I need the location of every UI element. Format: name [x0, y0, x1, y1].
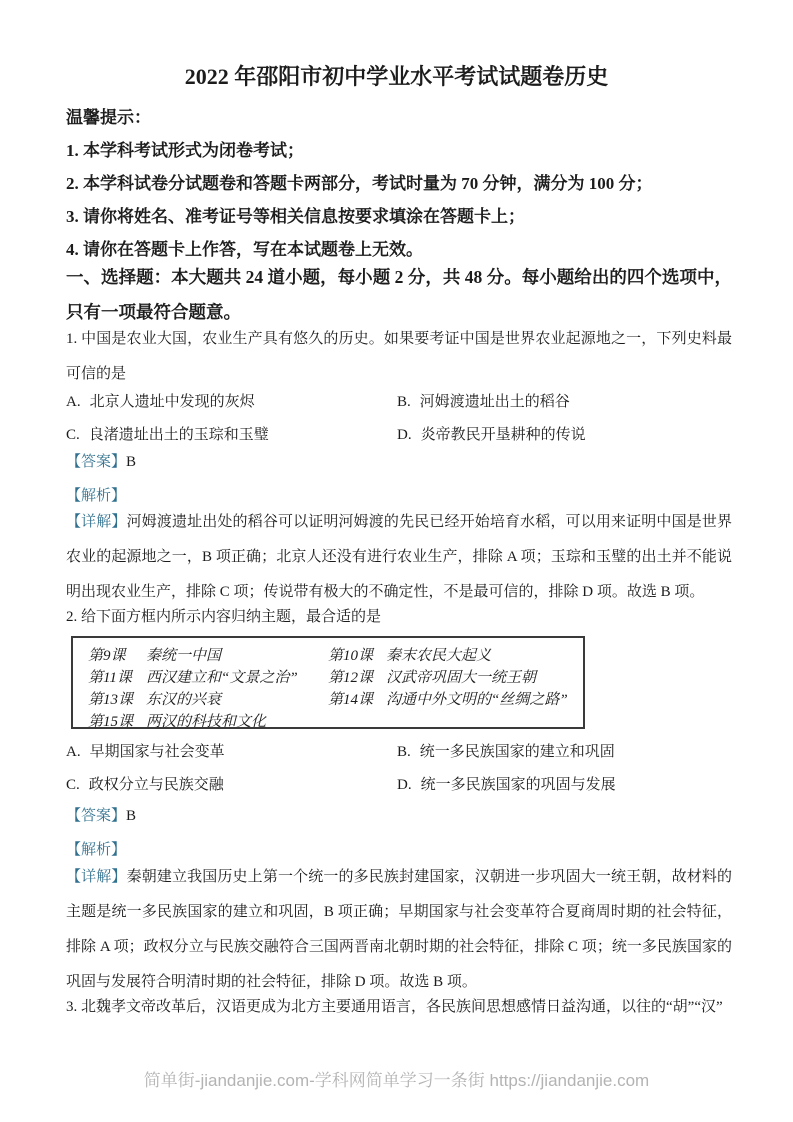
- detail-text: 河姆渡遗址出处的稻谷可以证明河姆渡的先民已经开始培育水稻，可以用来证明中国是世界…: [66, 514, 732, 600]
- option-text: 河姆渡遗址出土的稻谷: [420, 394, 570, 410]
- option-text: 北京人遗址中发现的灰烬: [90, 394, 255, 410]
- question-1-option-c: C.良渚遗址出土的玉琮和玉璧: [66, 425, 397, 445]
- option-text: 统一多民族国家的巩固与发展: [421, 777, 616, 793]
- question-3-stem: 3. 北魏孝文帝改革后，汉语更成为北方主要通用语言，各民族间思想感情日益沟通，以…: [66, 990, 732, 1025]
- lesson-cell: [328, 711, 573, 733]
- option-label: C.: [66, 427, 80, 443]
- analysis-label: 【解析】: [66, 842, 126, 858]
- page-title: 2022 年邵阳市初中学业水平考试试题卷历史: [0, 60, 793, 91]
- option-label: D.: [397, 777, 412, 793]
- lesson-cell: 第13课东汉的兴衰: [88, 689, 328, 711]
- lesson-title: 秦末农民大起义: [386, 645, 491, 667]
- exam-paper-page: 2022 年邵阳市初中学业水平考试试题卷历史 温馨提示： 1. 本学科考试形式为…: [0, 0, 793, 1122]
- lesson-number: 第9课: [88, 645, 146, 667]
- question-1-stem: 1. 中国是农业大国，农业生产具有悠久的历史。如果要考证中国是世界农业起源地之一…: [66, 322, 732, 392]
- notice-block: 温馨提示： 1. 本学科考试形式为闭卷考试； 2. 本学科试卷分试题卷和答题卡两…: [66, 101, 732, 266]
- option-text: 早期国家与社会变革: [90, 744, 225, 760]
- option-text: 良渚遗址出土的玉琮和玉璧: [89, 427, 269, 443]
- option-label: D.: [397, 427, 412, 443]
- answer-label: 【答案】: [66, 454, 126, 470]
- lesson-list-box: 第9课秦统一中国 第10课秦末农民大起义 第11课西汉建立和“文景之治” 第12…: [71, 636, 585, 729]
- analysis-label: 【解析】: [66, 488, 126, 504]
- option-label: A.: [66, 744, 81, 760]
- question-2-option-c: C.政权分立与民族交融: [66, 775, 397, 795]
- lesson-box-row: 第15课两汉的科技和文化: [88, 711, 573, 733]
- question-2-detail: 【详解】秦朝建立我国历史上第一个统一的多民族封建国家，汉朝进一步巩固大一统王朝，…: [66, 860, 732, 1000]
- lesson-box-row: 第9课秦统一中国 第10课秦末农民大起义: [88, 645, 573, 667]
- question-1-answer-line: 【答案】B: [66, 452, 136, 472]
- lesson-cell: 第10课秦末农民大起义: [328, 645, 573, 667]
- lesson-number: 第10课: [328, 645, 386, 667]
- option-text: 炎帝教民开垦耕种的传说: [421, 427, 586, 443]
- option-label: A.: [66, 394, 81, 410]
- footer-watermark: 简单街-jiandanjie.com-学科网简单学习一条街 https://ji…: [0, 1066, 793, 1091]
- lesson-number: [328, 711, 386, 733]
- question-1-option-d: D.炎帝教民开垦耕种的传说: [397, 425, 732, 445]
- question-2-options: A.早期国家与社会变革 B.统一多民族国家的建立和巩固 C.政权分立与民族交融 …: [66, 742, 732, 795]
- lesson-number: 第11课: [88, 667, 146, 689]
- lesson-box-row: 第13课东汉的兴衰 第14课沟通中外文明的“丝绸之路”: [88, 689, 573, 711]
- option-label: C.: [66, 777, 80, 793]
- detail-label: 【详解】: [66, 869, 127, 885]
- detail-text: 秦朝建立我国历史上第一个统一的多民族封建国家，汉朝进一步巩固大一统王朝，故材料的…: [66, 869, 732, 990]
- lesson-title: 汉武帝巩固大一统王朝: [386, 667, 536, 689]
- question-2-analysis-line: 【解析】: [66, 840, 126, 860]
- lesson-cell: 第14课沟通中外文明的“丝绸之路”: [328, 689, 573, 711]
- lesson-cell: 第12课汉武帝巩固大一统王朝: [328, 667, 573, 689]
- section-heading: 一、选择题：本大题共 24 道小题，每小题 2 分，共 48 分。每小题给出的四…: [66, 260, 732, 330]
- lesson-title: 秦统一中国: [146, 645, 221, 667]
- option-label: B.: [397, 394, 411, 410]
- lesson-cell: 第15课两汉的科技和文化: [88, 711, 328, 733]
- lesson-number: 第14课: [328, 689, 386, 711]
- lesson-title: 东汉的兴衰: [146, 689, 221, 711]
- question-1-option-a: A.北京人遗址中发现的灰烬: [66, 392, 397, 412]
- notice-heading: 温馨提示：: [66, 101, 732, 134]
- lesson-title: 西汉建立和“文景之治”: [146, 667, 298, 689]
- question-2-stem: 2. 给下面方框内所示内容归纳主题，最合适的是: [66, 600, 732, 635]
- option-label: B.: [397, 744, 411, 760]
- question-2-option-b: B.统一多民族国家的建立和巩固: [397, 742, 732, 762]
- question-1-analysis-line: 【解析】: [66, 486, 126, 506]
- lesson-number: 第15课: [88, 711, 146, 733]
- question-1-option-b: B.河姆渡遗址出土的稻谷: [397, 392, 732, 412]
- notice-item-2: 2. 本学科试卷分试题卷和答题卡两部分，考试时量为 70 分钟，满分为 100 …: [66, 167, 732, 200]
- answer-label: 【答案】: [66, 808, 126, 824]
- lesson-number: 第12课: [328, 667, 386, 689]
- answer-value: B: [126, 454, 136, 470]
- question-1-options: A.北京人遗址中发现的灰烬 B.河姆渡遗址出土的稻谷 C.良渚遗址出土的玉琮和玉…: [66, 392, 732, 445]
- lesson-cell: 第9课秦统一中国: [88, 645, 328, 667]
- notice-item-3: 3. 请你将姓名、准考证号等相关信息按要求填涂在答题卡上；: [66, 200, 732, 233]
- question-1-detail: 【详解】河姆渡遗址出处的稻谷可以证明河姆渡的先民已经开始培育水稻，可以用来证明中…: [66, 505, 732, 610]
- question-2-answer-line: 【答案】B: [66, 806, 136, 826]
- question-2-option-d: D.统一多民族国家的巩固与发展: [397, 775, 732, 795]
- question-2-option-a: A.早期国家与社会变革: [66, 742, 397, 762]
- lesson-title: 两汉的科技和文化: [146, 711, 266, 733]
- option-text: 政权分立与民族交融: [89, 777, 224, 793]
- notice-item-1: 1. 本学科考试形式为闭卷考试；: [66, 134, 732, 167]
- lesson-title: 沟通中外文明的“丝绸之路”: [386, 689, 568, 711]
- answer-value: B: [126, 808, 136, 824]
- option-text: 统一多民族国家的建立和巩固: [420, 744, 615, 760]
- lesson-cell: 第11课西汉建立和“文景之治”: [88, 667, 328, 689]
- lesson-box-row: 第11课西汉建立和“文景之治” 第12课汉武帝巩固大一统王朝: [88, 667, 573, 689]
- detail-label: 【详解】: [66, 514, 127, 530]
- lesson-number: 第13课: [88, 689, 146, 711]
